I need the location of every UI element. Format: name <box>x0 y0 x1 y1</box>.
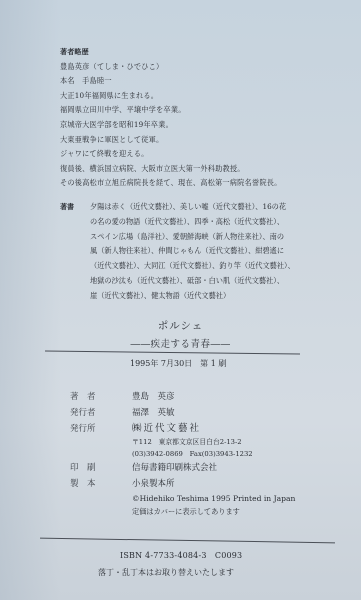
binder-label: 製 本 <box>70 476 132 492</box>
publisher-address: 〒112 東京都文京区目白台2-13-2 <box>70 437 355 449</box>
works-line: 風（新人物往来社）、仲間じゃもん（近代文藝社）、紺碧遙に <box>90 244 350 259</box>
author-bio-line: 福岡県立田川中学、平壌中学を卒業。 <box>60 103 350 118</box>
author-bio-line: 復員後、横浜国立病院、大阪市立医大第一外科助教授。 <box>60 162 350 177</box>
replacement-notice: 落丁・乱丁本はお取り替えいたします <box>98 567 234 578</box>
works-list: 著書 夕陽は赤く（近代文藝社）、美しい嘘（近代文藝社）、16の花 の名の愛の物語… <box>60 200 350 304</box>
book-subtitle: ――疾走する青春―― <box>0 336 361 350</box>
author-label: 著 者 <box>70 389 132 405</box>
works-line: スペイン広場（島洋社）、愛朝鮮海峡（新人物往来社）、南の <box>90 230 350 245</box>
printer-name: 信毎書籍印刷株式会社 <box>132 460 217 476</box>
publisher-label: 発行所 <box>70 421 132 437</box>
publisher-person-label: 発行者 <box>70 405 132 421</box>
author-bio-line: その後高松市立旭丘病院長を経て、現在、高松第一病院名誉院長。 <box>60 176 350 191</box>
works-line: 崖（近代文藝社）、健太物語（近代文藝社） <box>90 289 350 304</box>
edition-date: 1995年 7月30日 第 1 刷 <box>130 358 226 369</box>
author-bio-line: 大東亜戦争に軍医として従軍。 <box>60 133 350 148</box>
publisher-name: ㈱近代文藝社 <box>132 421 201 437</box>
author-bio-line: 本名 手島睦一 <box>60 74 350 89</box>
works-line: （近代文藝社）、大同江（近代文藝社）、釣り竿（近代文藝社）、 <box>90 259 350 274</box>
printer-row: 印 刷 信毎書籍印刷株式会社 <box>70 460 355 476</box>
colophon: 著 者 豊島 英彦 発行者 福澤 英敏 発行所 ㈱近代文藝社 〒112 東京都文… <box>70 389 355 518</box>
publisher-person-name: 福澤 英敏 <box>132 405 175 421</box>
author-bio-line: ジャワにて終戦を迎える。 <box>60 147 350 162</box>
isbn: ISBN 4-7733-4084-3 C0093 <box>120 550 242 561</box>
publisher-person-row: 発行者 福澤 英敏 <box>70 405 355 421</box>
publisher-phone: (03)3942-0869 Fax(03)3943-1232 <box>70 449 355 461</box>
works-label: 著書 <box>60 200 90 304</box>
works-line: の名の愛の物語（近代文藝社）、四季・高松（近代文藝社）、 <box>90 215 350 230</box>
author-bio-line: 大正10年福岡県に生まれる。 <box>60 89 350 104</box>
works-line: 地獄の沙汰も（近代文藝社）、砥部・白い肌（近代文藝社）、 <box>90 274 350 289</box>
works-text: 夕陽は赤く（近代文藝社）、美しい嘘（近代文藝社）、16の花 の名の愛の物語（近代… <box>90 200 350 304</box>
author-bio-line: 豊島英彦（てしま・ひでひこ） <box>60 60 350 75</box>
works-line: 夕陽は赤く（近代文藝社）、美しい嘘（近代文藝社）、16の花 <box>90 200 350 215</box>
binder-row: 製 本 小泉製本所 <box>70 476 355 492</box>
price-note: 定価はカバーに表示してあります <box>70 505 355 518</box>
page-shadow <box>0 0 60 600</box>
author-row: 著 者 豊島 英彦 <box>70 389 355 405</box>
author-bio-heading: 著者略歴 <box>60 45 350 60</box>
binder-name: 小泉製本所 <box>132 476 175 492</box>
printer-label: 印 刷 <box>70 460 132 476</box>
divider-bottom <box>40 538 335 544</box>
divider-top <box>45 350 300 354</box>
author-bio-line: 京城帝大医学部を昭和19年卒業。 <box>60 118 350 133</box>
book-title: ポルシェ <box>0 318 361 333</box>
author-bio: 著者略歴 豊島英彦（てしま・ひでひこ） 本名 手島睦一 大正10年福岡県に生まれ… <box>60 45 350 191</box>
copyright: ©Hidehiko Teshima 1995 Printed in Japan <box>70 492 355 505</box>
author-name: 豊島 英彦 <box>132 389 175 405</box>
publisher-row: 発行所 ㈱近代文藝社 <box>70 421 355 437</box>
